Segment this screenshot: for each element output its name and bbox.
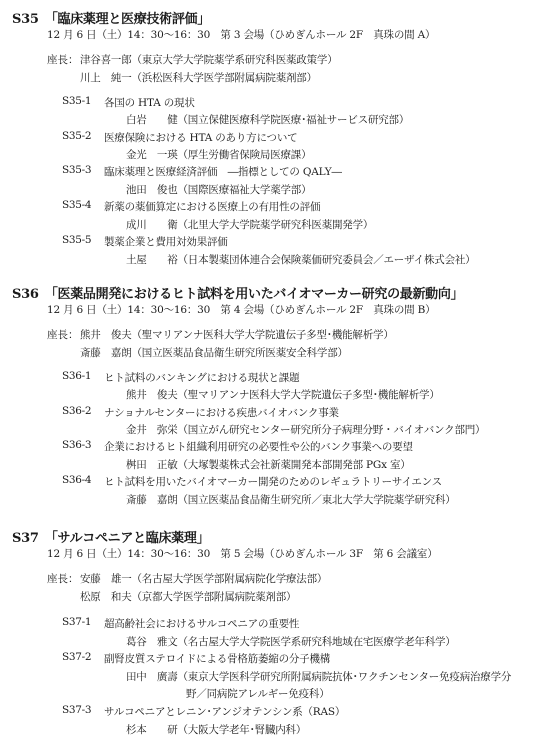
presentation-author: 成川 衛（北里大学大学院薬学研究科医薬開発学） [126, 217, 373, 232]
presentation-author: 熊井 俊夫（聖マリアンナ医科大学大学院遺伝子多型･機能解析学） [126, 387, 440, 402]
program-page: S35 「臨床薬理と医療技術評価」 12 月 6 日（土）14：30〜16：30… [0, 0, 555, 737]
session-meta: 12 月 6 日（土）14：30〜16：30 第 5 会場（ひめぎんホール 3F… [47, 546, 438, 561]
presentation-code: S35-4 [62, 199, 91, 211]
chair-2: 川上 純一（浜松医科大学医学部附属病院薬剤部） [80, 70, 317, 85]
session-heading: S37 「サルコペニアと臨床薬理」 [12, 527, 209, 546]
presentation-title: 製薬企業と費用対効果評価 [104, 234, 228, 249]
presentation-title: 企業におけるヒト組織利用研究の必要性や公的バンク事業への要望 [104, 439, 413, 454]
chair-2: 斎藤 嘉朗（国立医薬品食品衛生研究所医薬安全科学部） [80, 345, 348, 360]
presentation-author: 池田 俊也（国際医療福祉大学薬学部） [126, 182, 311, 197]
presentation-title: 各国の HTA の現状 [104, 95, 195, 110]
session-meta: 12 月 6 日（土）14：30〜16：30 第 3 会場（ひめぎんホール 2F… [47, 27, 435, 42]
presentation-author: 田中 廣壽（東京大学医科学研究所附属病院抗体･ワクチンセンター免疫病治療学分 [126, 669, 511, 684]
session-meta: 12 月 6 日（土）14：30〜16：30 第 4 会場（ひめぎんホール 2F… [47, 302, 435, 317]
presentation-author: 斎藤 嘉朗（国立医薬品食品衛生研究所／東北大学大学院薬学研究科） [126, 492, 456, 507]
session-heading: S35 「臨床薬理と医療技術評価」 [12, 8, 210, 27]
presentation-title: 新薬の薬価算定における医療上の有用性の評価 [104, 199, 320, 214]
session-code: S35 [12, 12, 39, 27]
chair-label: 座長： [47, 52, 79, 67]
presentation-title: ヒト試料を用いたバイオマーカー開発のためのレギュラトリーサイエンス [104, 474, 442, 489]
presentation-title: ナショナルセンターにおける疾患バイオバンク事業 [104, 405, 339, 420]
chair-2: 松原 和夫（京都大学医学部附属病院薬剤部） [80, 589, 296, 604]
session-heading: S36 「医薬品開発におけるヒト試料を用いたバイオマーカー研究の最新動向」 [12, 283, 463, 302]
presentation-code: S36-2 [62, 405, 91, 417]
presentation-code: S36-3 [62, 439, 91, 451]
presentation-code: S37-1 [62, 616, 91, 628]
chair-1: 津谷喜一郎（東京大学大学院薬学系研究科医薬政策学） [80, 52, 338, 67]
presentation-author: 葛谷 雅文（名古屋大学大学院医学系研究科地域在宅医療学老年科学） [126, 634, 456, 649]
presentation-author: 金井 弥栄（国立がん研究センター研究所分子病理分野・バイオバンク部門） [126, 422, 485, 437]
presentation-title: サルコペニアとレニン･アンジオテンシン系（RAS） [104, 704, 345, 719]
presentation-author-continued: 野／同病院アレルギー免疫科） [186, 686, 330, 701]
chair-label: 座長： [47, 571, 79, 586]
session-code: S36 [12, 287, 39, 302]
chair-1: 安藤 雄一（名古屋大学医学部附属病院化学療法部） [80, 571, 327, 586]
presentation-title: ヒト試料のバンキングにおける現状と課題 [104, 370, 299, 385]
presentation-author: 土屋 裕（日本製薬団体連合会保険薬価研究委員会／エーザイ株式会社） [126, 252, 475, 267]
presentation-code: S35-5 [62, 234, 91, 246]
session-title: 「臨床薬理と医療技術評価」 [45, 12, 210, 27]
presentation-code: S37-2 [62, 651, 91, 663]
session-title: 「サルコペニアと臨床薬理」 [45, 531, 209, 546]
presentation-code: S36-4 [62, 474, 91, 486]
presentation-code: S35-2 [62, 130, 91, 142]
chair-1: 熊井 俊夫（聖マリアンナ医科大学大学院遺伝子多型･機能解析学） [80, 327, 394, 342]
presentation-title: 臨床薬理と医療経済評価 ―指標としての QALY― [104, 164, 342, 179]
presentation-author: 杉本 研（大阪大学老年･腎臓内科） [126, 722, 306, 737]
chair-label: 座長： [47, 327, 79, 342]
session-code: S37 [12, 531, 39, 546]
presentation-author: 金光 一瑛（厚生労働省保険局医療課） [126, 147, 311, 162]
presentation-code: S35-1 [62, 95, 91, 107]
presentation-title: 副腎皮質ステロイドによる骨格筋萎縮の分子機構 [104, 651, 330, 666]
presentation-title: 医療保険における HTA のあり方について [104, 130, 297, 145]
presentation-title: 超高齢社会におけるサルコペニアの重要性 [104, 616, 299, 631]
presentation-code: S37-3 [62, 704, 91, 716]
session-title: 「医薬品開発におけるヒト試料を用いたバイオマーカー研究の最新動向」 [45, 287, 463, 302]
presentation-author: 桝田 正敏（大塚製薬株式会社新薬開発本部開発部 PGx 室） [126, 457, 411, 472]
presentation-code: S36-1 [62, 370, 91, 382]
presentation-code: S35-3 [62, 164, 91, 176]
presentation-author: 白岩 健（国立保健医療科学院医療･福祉サービス研究部） [126, 112, 409, 127]
